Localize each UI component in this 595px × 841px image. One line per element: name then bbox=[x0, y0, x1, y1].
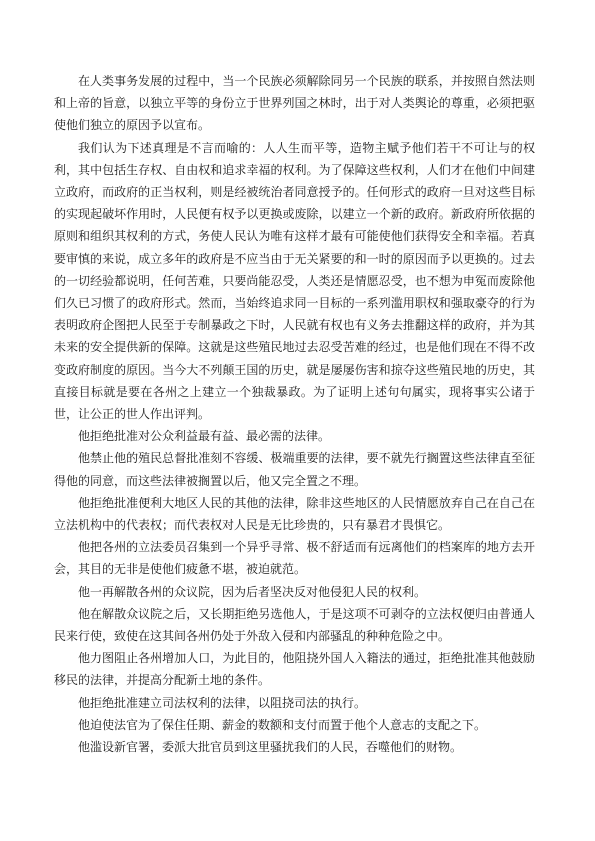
paragraph-grievance-6: 他在解散众议院之后，又长期拒绝另选他人，于是这项不可剥夺的立法权便归由普通人民来… bbox=[54, 603, 535, 647]
paragraph-grievance-10: 他滥设新官署，委派大批官员到这里骚扰我们的人民，吞噬他们的财物。 bbox=[54, 736, 535, 758]
paragraph-grievance-4: 他把各州的立法委员召集到一个异乎寻常、极不舒适而有远离他们的档案库的地方去开会，… bbox=[54, 536, 535, 580]
paragraph-grievance-3: 他拒绝批准便利大地区人民的其他的法律，除非这些地区的人民情愿放弃自己在自己在立法… bbox=[54, 492, 535, 536]
paragraph-preamble: 在人类事务发展的过程中，当一个民族必须解除同另一个民族的联系，并按照自然法则和上… bbox=[54, 70, 535, 137]
paragraph-grievance-5: 他一再解散各州的众议院，因为后者坚决反对他侵犯人民的权利。 bbox=[54, 581, 535, 603]
paragraph-self-evident-truths: 我们认为下述真理是不言而喻的：人人生而平等，造物主赋予他们若干不可让与的权利，其… bbox=[54, 137, 535, 426]
paragraph-grievance-9: 他迫使法官为了保住任期、薪金的数额和支付而置于他个人意志的支配之下。 bbox=[54, 714, 535, 736]
paragraph-grievance-7: 他力图阻止各州增加人口，为此目的，他阻挠外国人入籍法的通过，拒绝批准其他鼓励移民… bbox=[54, 647, 535, 691]
paragraph-grievance-2: 他禁止他的殖民总督批准刻不容缓、极端重要的法律，要不就先行搁置这些法律直至征得他… bbox=[54, 447, 535, 491]
document-page: 在人类事务发展的过程中，当一个民族必须解除同另一个民族的联系，并按照自然法则和上… bbox=[54, 70, 535, 758]
paragraph-grievance-1: 他拒绝批准对公众利益最有益、最必需的法律。 bbox=[54, 425, 535, 447]
paragraph-grievance-8: 他拒绝批准建立司法权利的法律，以阻挠司法的执行。 bbox=[54, 692, 535, 714]
